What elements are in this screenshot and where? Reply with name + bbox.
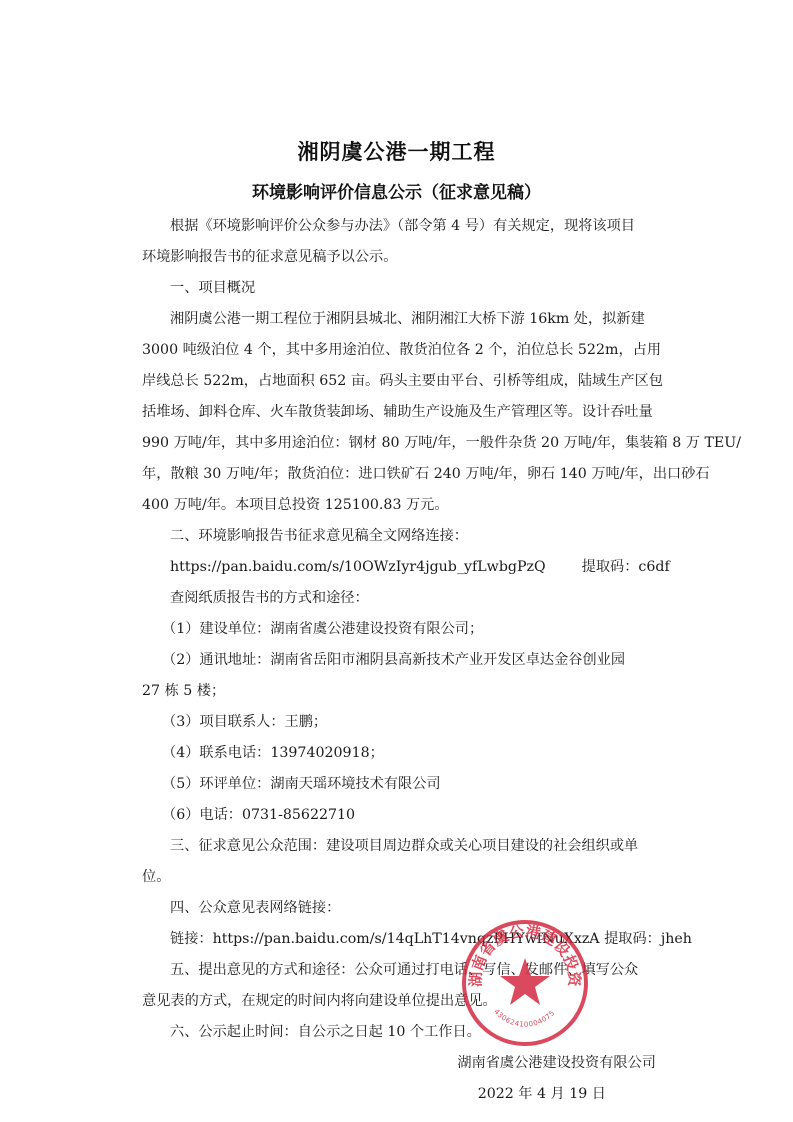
section5-line: 意见表的方式，在规定的时间内将向建设单位提出意见。 (142, 986, 662, 1017)
document-page: 湘阴虞公港一期工程 环境影响评价信息公示（征求意见稿） 根据《环境影响评价公众参… (0, 0, 793, 1122)
document-title: 湘阴虞公港一期工程 (0, 136, 793, 166)
section3-line: 三、征求意见公众范围：建设项目周边群众或关心项目建设的社会组织或单 (142, 831, 662, 862)
section1-line: 3000 吨级泊位 4 个，其中多用途泊位、散货泊位各 2 个，泊位总长 522… (142, 335, 662, 366)
section1-line: 括堆场、卸料仓库、火车散货装卸场、辅助生产设施及生产管理区等。设计吞吐量 (142, 397, 662, 428)
section6-line: 六、公示起止时间：自公示之日起 10 个工作日。 (142, 1017, 662, 1048)
section-heading-2: 二、环境影响报告书征求意见稿全文网络连接： (142, 521, 662, 552)
document-subtitle: 环境影响评价信息公示（征求意见稿） (0, 178, 793, 203)
section1-line: 400 万吨/年。本项目总投资 125100.83 万元。 (142, 490, 662, 521)
section5-line: 五、提出意见的方式和途径：公众可通过打电话、写信、发邮件、填写公众 (142, 955, 662, 986)
intro-line: 环境影响报告书的征求意见稿予以公示。 (142, 242, 662, 273)
contact-item: （5）环评单位：湖南天瑶环境技术有限公司 (142, 769, 662, 800)
section-heading-4: 四、公众意见表网络链接： (142, 893, 662, 924)
section-heading-1: 一、项目概况 (142, 273, 662, 304)
contact-item: （4）联系电话：13974020918； (142, 738, 662, 769)
section1-line: 岸线总长 522m，占地面积 652 亩。码头主要由平台、引桥等组成，陆域生产区… (142, 366, 662, 397)
signature-company: 湖南省虞公港建设投资有限公司 (142, 1048, 662, 1079)
paper-report-heading: 查阅纸质报告书的方式和途径： (142, 583, 662, 614)
section3-line: 位。 (142, 862, 662, 893)
contact-item: （3）项目联系人：王鹏； (142, 707, 662, 738)
extraction-code: 提取码：c6df (582, 559, 670, 575)
contact-item: （6）电话：0731-85622710 (142, 800, 662, 831)
intro-line: 根据《环境影响评价公众参与办法》（部令第 4 号）有关规定，现将该项目 (142, 211, 662, 242)
signature-date: 2022 年 4 月 19 日 (142, 1079, 662, 1110)
contact-item: （2）通讯地址：湖南省岳阳市湘阴县高新技术产业开发区卓达金谷创业园 (142, 645, 662, 676)
document-body: 根据《环境影响评价公众参与办法》（部令第 4 号）有关规定，现将该项目 环境影响… (142, 211, 662, 1110)
opinion-form-link[interactable]: 链接：https://pan.baidu.com/s/14qLhT14vnqzP… (142, 924, 662, 955)
contact-item: 27 栋 5 楼； (142, 676, 662, 707)
section1-line: 年，散粮 30 万吨/年；散货泊位：进口铁矿石 240 万吨/年，卵石 140 … (142, 459, 662, 490)
section1-line: 湘阴虞公港一期工程位于湘阴县城北、湘阴湘江大桥下游 16km 处，拟新建 (142, 304, 662, 335)
section1-line: 990 万吨/年，其中多用途泊位：钢材 80 万吨/年，一般件杂货 20 万吨/… (142, 428, 662, 459)
report-link[interactable]: https://pan.baidu.com/s/10OWzIyr4jgub_yf… (170, 559, 546, 575)
contact-item: （1）建设单位：湖南省虞公港建设投资有限公司； (142, 614, 662, 645)
